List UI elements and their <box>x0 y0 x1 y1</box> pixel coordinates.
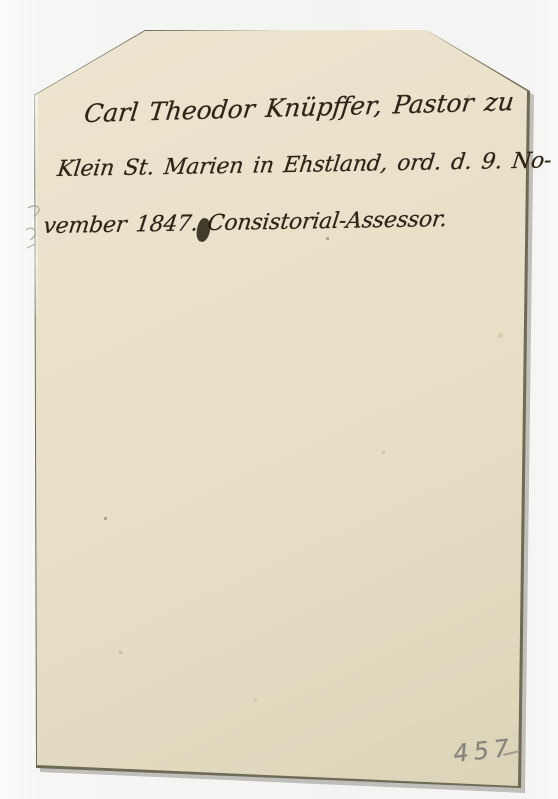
scanned-card-photo: Carl Theodor Knüpffer, Pastor zu Klein S… <box>0 0 558 799</box>
handwriting-line-3: vember 1847. Consistorial-Assessor. <box>42 207 448 239</box>
handwriting-line-1: Carl Theodor Knüpffer, Pastor zu <box>83 87 516 128</box>
catalog-number: 457 <box>452 734 515 768</box>
paper-specks <box>0 0 1 1</box>
card-content: Carl Theodor Knüpffer, Pastor zu Klein S… <box>0 0 558 799</box>
pencil-squiggle-left-edge <box>24 200 54 255</box>
handwriting-line-2: Klein St. Marien in Ehstland, ord. d. 9.… <box>56 148 553 182</box>
